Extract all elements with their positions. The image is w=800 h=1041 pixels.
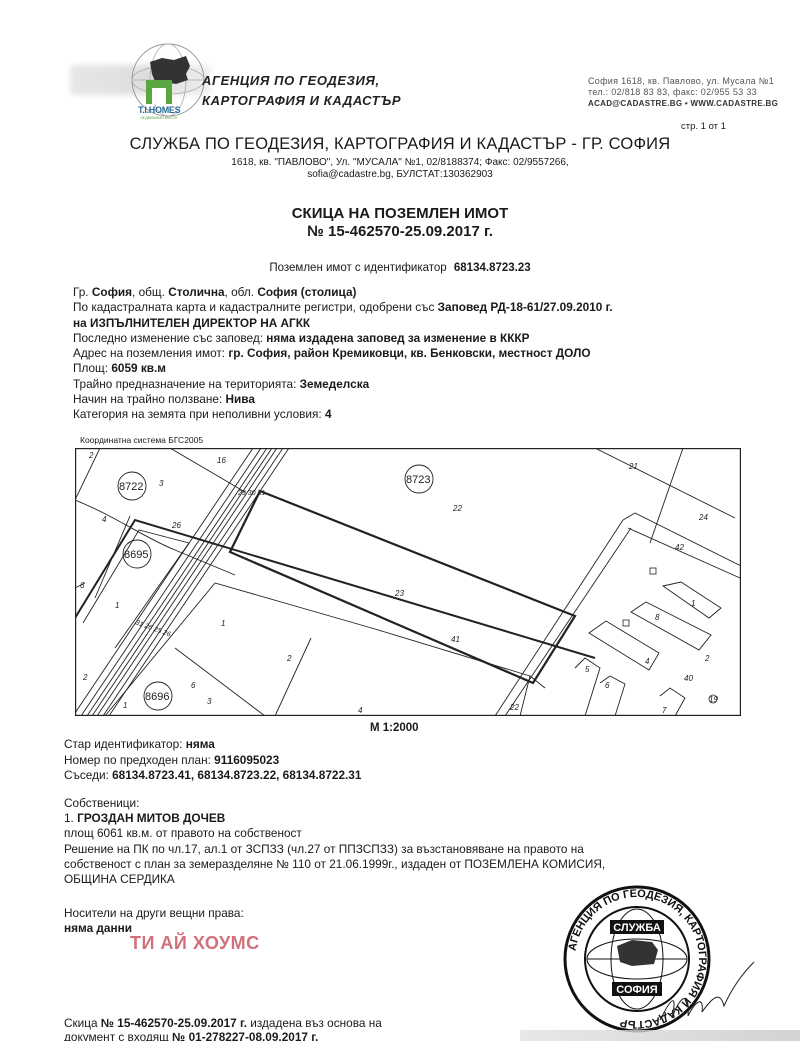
- parcel-label: 2: [286, 654, 292, 663]
- identification-details: Стар идентификатор: няма Номер по предхо…: [64, 737, 361, 784]
- footer-incoming: № 01-278227-08.09.2017 г.: [172, 1030, 318, 1041]
- parcel-label: 1: [123, 701, 127, 710]
- city-prefix: Гр.: [73, 285, 89, 299]
- identifier-label: Поземлен имот с идентификатор: [269, 262, 446, 274]
- map-label: По кадастралната карта и кадастралните р…: [73, 300, 434, 314]
- circled-label-8723: 8723: [406, 474, 430, 486]
- prev-plan-label: Номер по предходен план:: [64, 753, 211, 767]
- municipality-prefix: , общ.: [132, 285, 165, 299]
- old-id: няма: [186, 737, 215, 751]
- parcel-label: 1: [691, 599, 695, 608]
- old-id-line: Стар идентификатор: няма: [64, 737, 361, 753]
- category-label: Категория на земята при неполивни услови…: [73, 407, 322, 421]
- house-icon: [146, 80, 172, 104]
- parcel-label: 1: [221, 619, 225, 628]
- region-prefix: , обл.: [225, 285, 255, 299]
- neighbours: 68134.8723.41, 68134.8723.22, 68134.8722…: [112, 768, 361, 782]
- stamp-top-band: СЛУЖБА: [613, 922, 661, 934]
- cadastral-map: 8722 8723 8695 8696 21634262221244261231…: [75, 448, 741, 716]
- identifier-value: 68134.8723.23: [454, 262, 531, 274]
- road-label-top: 29 30 31: [237, 490, 265, 497]
- other-rights: Носители на други вещни права: няма данн…: [64, 906, 244, 936]
- property-info: Гр. София, общ. Столична, обл. София (ст…: [73, 285, 613, 423]
- area-label: Площ:: [73, 361, 108, 375]
- brand-tagline: НЕДВИЖИМИ ИМОТИ: [138, 116, 180, 120]
- title-text: СКИЦА НА ПОЗЕМЛЕН ИМОТ: [0, 205, 800, 223]
- owners-label: Собственици:: [64, 796, 605, 811]
- city: София: [92, 285, 132, 299]
- owner-basis-1: Решение на ПК по чл.17, ал.1 от ЗСПЗЗ (ч…: [64, 842, 605, 857]
- map-order-issuer-line: на ИЗПЪЛНИТЕЛЕН ДИРЕКТОР НА АГКК: [73, 316, 613, 331]
- coordinate-system: Координатна система БГС2005: [80, 435, 203, 445]
- parcel-label: 40: [684, 674, 693, 683]
- circled-label-8722: 8722: [119, 481, 143, 493]
- address-line: Адрес на поземления имот: гр. София, рай…: [73, 346, 613, 361]
- purpose: Земеделска: [300, 377, 370, 391]
- parcel-label: 8: [655, 613, 660, 622]
- parcel-label: 4: [645, 657, 650, 666]
- agency-line-2: КАРТОГРАФИЯ И КАДАСТЪР: [202, 91, 401, 111]
- last-change-line: Последно изменение със заповед: няма изд…: [73, 331, 613, 346]
- contact-address: София 1618, кв. Павлово, ул. Мусала №1: [588, 76, 778, 87]
- usage-label: Начин на трайно ползване:: [73, 392, 222, 406]
- agency-contact: София 1618, кв. Павлово, ул. Мусала №1 т…: [588, 76, 778, 109]
- owner-name: ГРОЗДАН МИТОВ ДОЧЕВ: [77, 811, 225, 825]
- last-change-label: Последно изменение със заповед:: [73, 331, 263, 345]
- document-title: СКИЦА НА ПОЗЕМЛЕН ИМОТ № 15-462570-25.09…: [0, 205, 800, 241]
- circled-label-8695: 8695: [124, 549, 148, 561]
- owner-basis-2: собственост с план за земеразделяне № 11…: [64, 857, 605, 872]
- owner-basis-3: ОБЩИНА СЕРДИКА: [64, 872, 605, 887]
- footer-number: № 15-462570-25.09.2017 г.: [101, 1016, 247, 1030]
- parcel-label: 2: [704, 654, 710, 663]
- prev-plan-line: Номер по предходен план: 9116095023: [64, 753, 361, 769]
- agency-name: АГЕНЦИЯ ПО ГЕОДЕЗИЯ, КАРТОГРАФИЯ И КАДАС…: [202, 71, 401, 111]
- last-change: няма издадена заповед за изменение в ККК…: [266, 331, 529, 345]
- parcel-label: 1: [115, 601, 119, 610]
- parcel-label: 7: [662, 706, 667, 715]
- usage-line: Начин на трайно ползване: Нива: [73, 392, 613, 407]
- other-rights-value: няма данни: [64, 921, 132, 935]
- identifier-line: Поземлен имот с идентификатор 68134.8723…: [0, 262, 800, 274]
- agency-line-1: АГЕНЦИЯ ПО ГЕОДЕЗИЯ,: [202, 71, 401, 91]
- signature-icon: [650, 960, 760, 1030]
- parcel-label: 6: [191, 681, 196, 690]
- service-address-line-1: 1618, кв. "ПАВЛОВО", Ул. "МУСАЛА" №1, 02…: [0, 157, 800, 169]
- footer-line-2: документ с входящ № 01-278227-08.09.2017…: [64, 1030, 382, 1041]
- watermark: ТИ АЙ ХОУМС: [130, 933, 260, 954]
- circled-label-8696: 8696: [145, 691, 169, 703]
- municipality: Столична: [168, 285, 224, 299]
- parcel-label: 22: [509, 703, 519, 712]
- category-line: Категория на земята при неполивни услови…: [73, 407, 613, 422]
- map-order: Заповед РД-18-61/27.09.2010 г.: [438, 300, 613, 314]
- footer-prefix: Скица: [64, 1016, 98, 1030]
- parcel-label: 4: [102, 515, 107, 524]
- service-address: 1618, кв. "ПАВЛОВО", Ул. "МУСАЛА" №1, 02…: [0, 157, 800, 181]
- address: гр. София, район Кремиковци, кв. Бенковс…: [228, 346, 590, 360]
- parcel-label: 24: [698, 513, 708, 522]
- neighbours-label: Съседи:: [64, 768, 109, 782]
- owner-index: 1.: [64, 811, 74, 825]
- parcel-label: 4: [358, 706, 363, 715]
- scan-artifact-bottom: [520, 1030, 800, 1041]
- service-address-line-2: sofia@cadastre.bg, БУЛСТАТ:130362903: [0, 169, 800, 181]
- service-name: СЛУЖБА ПО ГЕОДЕЗИЯ, КАРТОГРАФИЯ И КАДАСТ…: [0, 135, 800, 154]
- parcel-label: 23: [394, 589, 404, 598]
- tihomes-logo: T.I.HOMES НЕДВИЖИМИ ИМОТИ: [138, 80, 180, 128]
- usage: Нива: [225, 392, 254, 406]
- neighbours-line: Съседи: 68134.8723.41, 68134.8723.22, 68…: [64, 768, 361, 784]
- parcel-label: 3: [159, 479, 164, 488]
- parcel-label: 26: [171, 521, 181, 530]
- parcel-label: 5: [585, 665, 590, 674]
- footer-mid: издадена въз основа на: [250, 1016, 382, 1030]
- prev-plan: 9116095023: [214, 753, 279, 767]
- footer-line-1: Скица № 15-462570-25.09.2017 г. издадена…: [64, 1016, 382, 1030]
- region: София (столица): [257, 285, 356, 299]
- document-number: № 15-462570-25.09.2017 г.: [0, 223, 800, 241]
- location-line: Гр. София, общ. Столична, обл. София (ст…: [73, 285, 613, 300]
- parcel-label: 42: [675, 543, 684, 552]
- area-line: Площ: 6059 кв.м: [73, 361, 613, 376]
- owners-section: Собственици: 1. ГРОЗДАН МИТОВ ДОЧЕВ площ…: [64, 796, 605, 887]
- parcel-label: 6: [80, 581, 85, 590]
- other-rights-label: Носители на други вещни права:: [64, 906, 244, 921]
- parcel-label: 6: [605, 681, 610, 690]
- owner-name-line: 1. ГРОЗДАН МИТОВ ДОЧЕВ: [64, 811, 605, 826]
- map-scale: М 1:2000: [370, 722, 419, 734]
- parcel-label: 16: [217, 456, 226, 465]
- footer-note: Скица № 15-462570-25.09.2017 г. издадена…: [64, 1016, 382, 1041]
- footer-line2-prefix: документ с входящ: [64, 1030, 169, 1041]
- contact-web: ACAD@CADASTRE.BG • WWW.CADASTRE.BG: [588, 98, 778, 109]
- purpose-label: Трайно предназначение на територията:: [73, 377, 296, 391]
- cadastral-map-line: По кадастралната карта и кадастралните р…: [73, 300, 613, 315]
- parcel-label: 2: [82, 673, 88, 682]
- parcel-label: 21: [628, 462, 638, 471]
- parcel-label: 3: [207, 697, 212, 706]
- parcel-label: 41: [451, 635, 460, 644]
- page-number: стр. 1 от 1: [681, 121, 726, 132]
- brand-name: T.I.HOMES: [138, 105, 180, 115]
- parcel-labels: 2163426222124426123126214134228124405671…: [80, 451, 718, 715]
- contact-phone: тел.: 02/818 83 83, факс: 02/955 53 33: [588, 87, 778, 98]
- address-label: Адрес на поземления имот:: [73, 346, 225, 360]
- parcel-label: 2: [88, 451, 94, 460]
- category: 4: [325, 407, 332, 421]
- parcel-label: 22: [452, 504, 462, 513]
- purpose-line: Трайно предназначение на територията: Зе…: [73, 377, 613, 392]
- map-order-issuer: на ИЗПЪЛНИТЕЛЕН ДИРЕКТОР НА АГКК: [73, 316, 310, 330]
- owner-share: площ 6061 кв.м. от правото на собственос…: [64, 826, 605, 841]
- old-id-label: Стар идентификатор:: [64, 737, 182, 751]
- area: 6059 кв.м: [111, 361, 166, 375]
